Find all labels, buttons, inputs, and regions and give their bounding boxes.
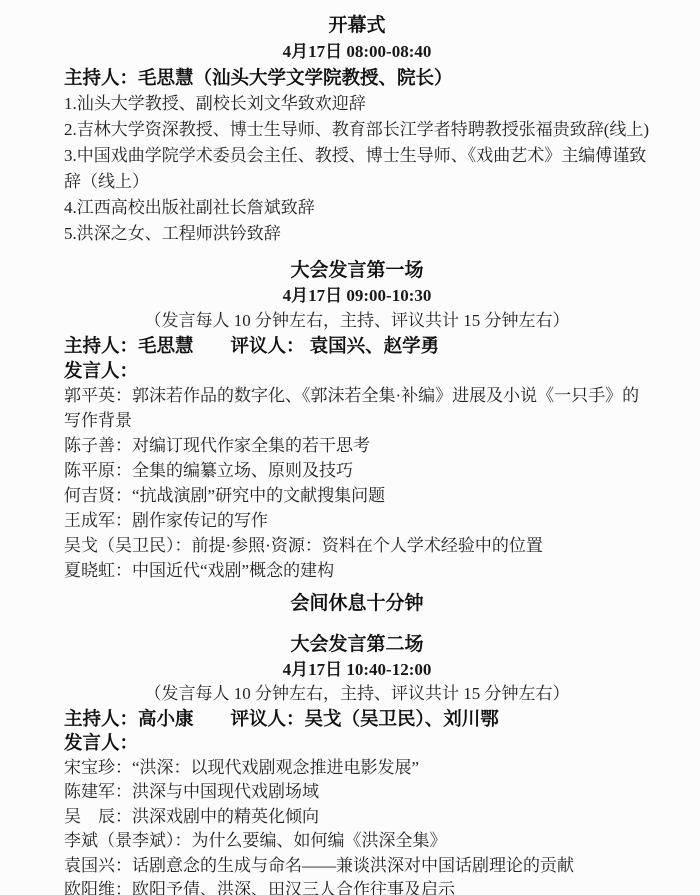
- session2-speaker-5: 袁国兴：话剧意念的生成与命名——兼谈洪深对中国话剧理论的贡献: [64, 854, 650, 879]
- conference-program-page: 开幕式 4月17日 08:00-08:40 主持人：毛思慧（汕头大学文学院教授、…: [0, 0, 700, 895]
- session1-speaker-5: 王成军：剧作家传记的写作: [64, 508, 650, 533]
- session1-speaker-4: 何吉贤：“抗战演剧”研究中的文献搜集问题: [64, 483, 650, 508]
- opening-item-4: 4.江西高校出版社副社长詹斌致辞: [64, 195, 650, 221]
- program-document: 开幕式 4月17日 08:00-08:40 主持人：毛思慧（汕头大学文学院教授、…: [0, 0, 700, 895]
- session1-datetime: 4月17日 09:00-10:30: [64, 283, 650, 308]
- session1-speaker-3: 陈平原：全集的编纂立场、原则及技巧: [64, 458, 650, 483]
- session1-timing-note: （发言每人 10 分钟左右，主持、评议共计 15 分钟左右）: [64, 308, 650, 333]
- session1-speaker-1: 郭平英：郭沫若作品的数字化、《郭沫若全集·补编》进展及小说《一只手》的写作背景: [64, 383, 650, 433]
- plenary-session-2-section: 大会发言第二场 4月17日 10:40-12:00 （发言每人 10 分钟左右，…: [64, 633, 650, 895]
- session1-speaker-7: 夏晓虹：中国近代“戏剧”概念的建构: [64, 558, 650, 583]
- session1-host-line: 主持人：毛思慧 评议人： 袁国兴、赵学勇: [64, 333, 650, 358]
- opening-host-line: 主持人：毛思慧（汕头大学文学院教授、院长）: [64, 65, 650, 91]
- session2-datetime: 4月17日 10:40-12:00: [64, 658, 650, 683]
- session1-title: 大会发言第一场: [64, 258, 650, 283]
- plenary-session-1-section: 大会发言第一场 4月17日 09:00-10:30 （发言每人 10 分钟左右，…: [64, 258, 650, 583]
- session2-speaker-2: 陈建军：洪深与中国现代戏剧场域: [64, 780, 650, 805]
- opening-item-1: 1.汕头大学教授、副校长刘文华致欢迎辞: [64, 91, 650, 117]
- session1-speaker-6: 吴戈（吴卫民）：前提·参照·资源：资料在个人学术经验中的位置: [64, 533, 650, 558]
- opening-item-2: 2.吉林大学资深教授、博士生导师、教育部长江学者特聘教授张福贵致辞(线上): [64, 117, 650, 143]
- session1-speaker-2: 陈子善：对编订现代作家全集的若干思考: [64, 433, 650, 458]
- session1-speakers-label: 发言人：: [64, 358, 650, 383]
- opening-title: 开幕式: [64, 13, 650, 39]
- session2-speaker-3: 吴 辰：洪深戏剧中的精英化倾向: [64, 805, 650, 830]
- session2-speaker-4: 李斌（景李斌）：为什么要编、如何编《洪深全集》: [64, 829, 650, 854]
- opening-ceremony-section: 开幕式 4月17日 08:00-08:40 主持人：毛思慧（汕头大学文学院教授、…: [64, 13, 650, 247]
- session2-title: 大会发言第二场: [64, 633, 650, 658]
- session2-timing-note: （发言每人 10 分钟左右，主持、评议共计 15 分钟左右）: [64, 682, 650, 707]
- intermission-section: 会间休息十分钟: [64, 591, 650, 617]
- opening-datetime: 4月17日 08:00-08:40: [64, 39, 650, 65]
- session2-speakers-label: 发言人：: [64, 731, 650, 756]
- session2-speaker-1: 宋宝珍：“洪深：以现代戏剧观念推进电影发展”: [64, 756, 650, 781]
- session2-host-line: 主持人：高小康 评议人：吴戈（吴卫民）、刘川鄂: [64, 707, 650, 732]
- opening-item-5: 5.洪深之女、工程师洪钤致辞: [64, 221, 650, 247]
- opening-item-3: 3.中国戏曲学院学术委员会主任、教授、博士生导师、《戏曲艺术》主编傅谨致辞（线上…: [64, 143, 650, 195]
- session2-speaker-6: 欧阳维：欧阳予倩、洪深、田汉三人合作往事及启示: [64, 878, 650, 895]
- intermission-title: 会间休息十分钟: [64, 591, 650, 617]
